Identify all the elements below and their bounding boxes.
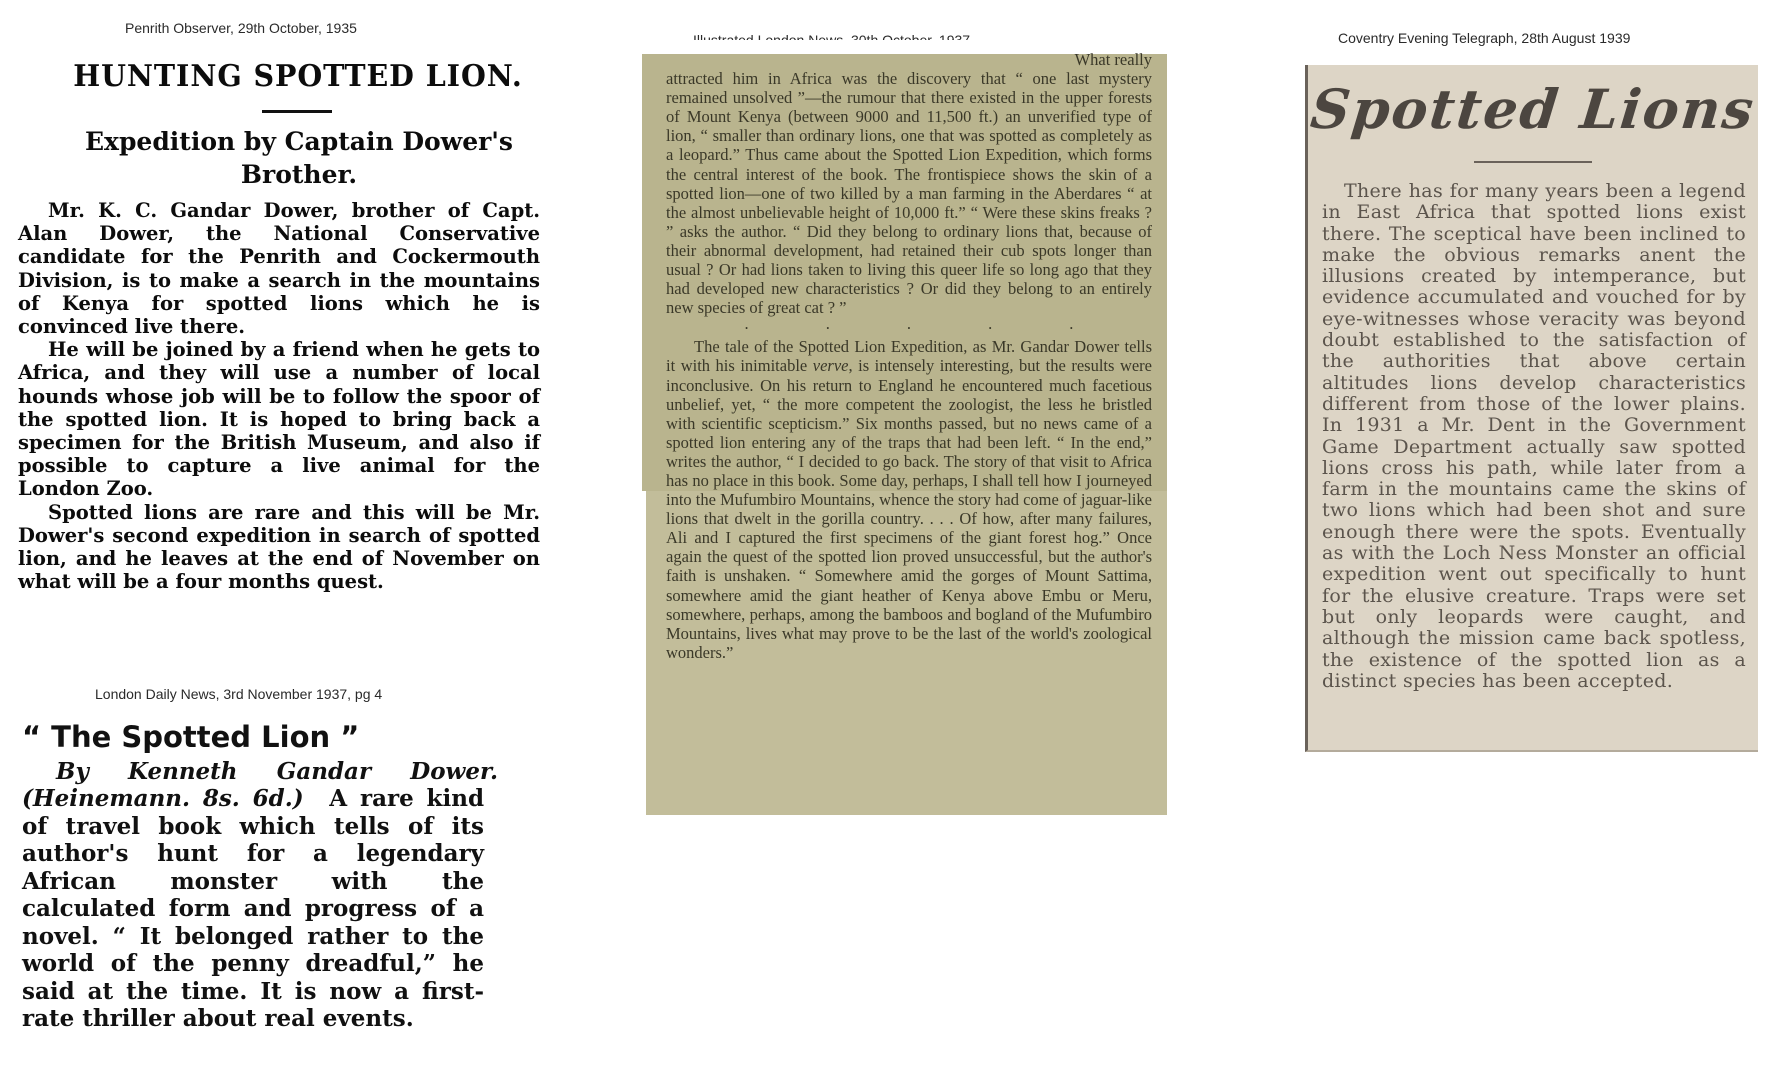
iln-paragraph-1: attracted him in Africa was the discover…: [666, 69, 1152, 317]
coventry-headline: Spotted Lions: [1305, 77, 1762, 141]
iln-paragraph-2: The tale of the Spotted Lion Expedition,…: [666, 337, 1152, 662]
headline-divider: [1474, 161, 1592, 163]
iln-italic-word: verve: [813, 356, 849, 375]
daily-news-review: A rare kind of travel book which tells o…: [22, 785, 484, 1032]
separator-dot: .: [988, 317, 992, 337]
separator-dot: .: [745, 317, 749, 337]
daily-news-headline: “ The Spotted Lion ”: [22, 720, 488, 754]
daily-news-clipping: “ The Spotted Lion ” By Kenneth Gandar D…: [18, 720, 488, 1076]
separator-dot: .: [907, 317, 911, 337]
coventry-caption: Coventry Evening Telegraph, 28th August …: [1338, 30, 1630, 46]
separator-dot: .: [826, 317, 830, 337]
penrith-caption: Penrith Observer, 29th October, 1935: [125, 20, 357, 36]
iln-section-separator: . . . . .: [666, 317, 1152, 337]
iln-text-run: , is intensely interesting, but the resu…: [666, 356, 1152, 661]
daily-news-caption: London Daily News, 3rd November 1937, pg…: [95, 686, 382, 702]
penrith-headline: HUNTING SPOTTED LION.: [27, 59, 531, 94]
daily-news-publisher: (Heinemann. 8s. 6d.): [22, 785, 304, 812]
iln-clipping-text: What really attracted him in Africa was …: [666, 50, 1152, 662]
coventry-paragraph: There has for many years been a legend i…: [1322, 181, 1746, 692]
penrith-subhead: Expedition by Captain Dower's Brother.: [14, 125, 544, 191]
penrith-paragraph: Mr. K. C. Gandar Dower, brother of Capt.…: [18, 199, 540, 338]
separator-dot: .: [1069, 317, 1073, 337]
penrith-observer-clipping: HUNTING SPOTTED LION. Expedition by Capt…: [14, 45, 544, 605]
daily-news-byline: By Kenneth Gandar Dower.: [18, 758, 498, 785]
iln-lead-line: What really: [666, 50, 1152, 69]
headline-divider: [262, 110, 332, 113]
daily-news-body: (Heinemann. 8s. 6d.) A rare kind of trav…: [18, 785, 484, 1033]
penrith-article-body: Mr. K. C. Gandar Dower, brother of Capt.…: [14, 195, 544, 593]
penrith-paragraph: He will be joined by a friend when he ge…: [18, 338, 540, 500]
coventry-article-body: There has for many years been a legend i…: [1308, 181, 1758, 692]
coventry-telegraph-clipping: Spotted Lions There has for many years b…: [1305, 65, 1758, 752]
penrith-paragraph: Spotted lions are rare and this will be …: [18, 501, 540, 594]
